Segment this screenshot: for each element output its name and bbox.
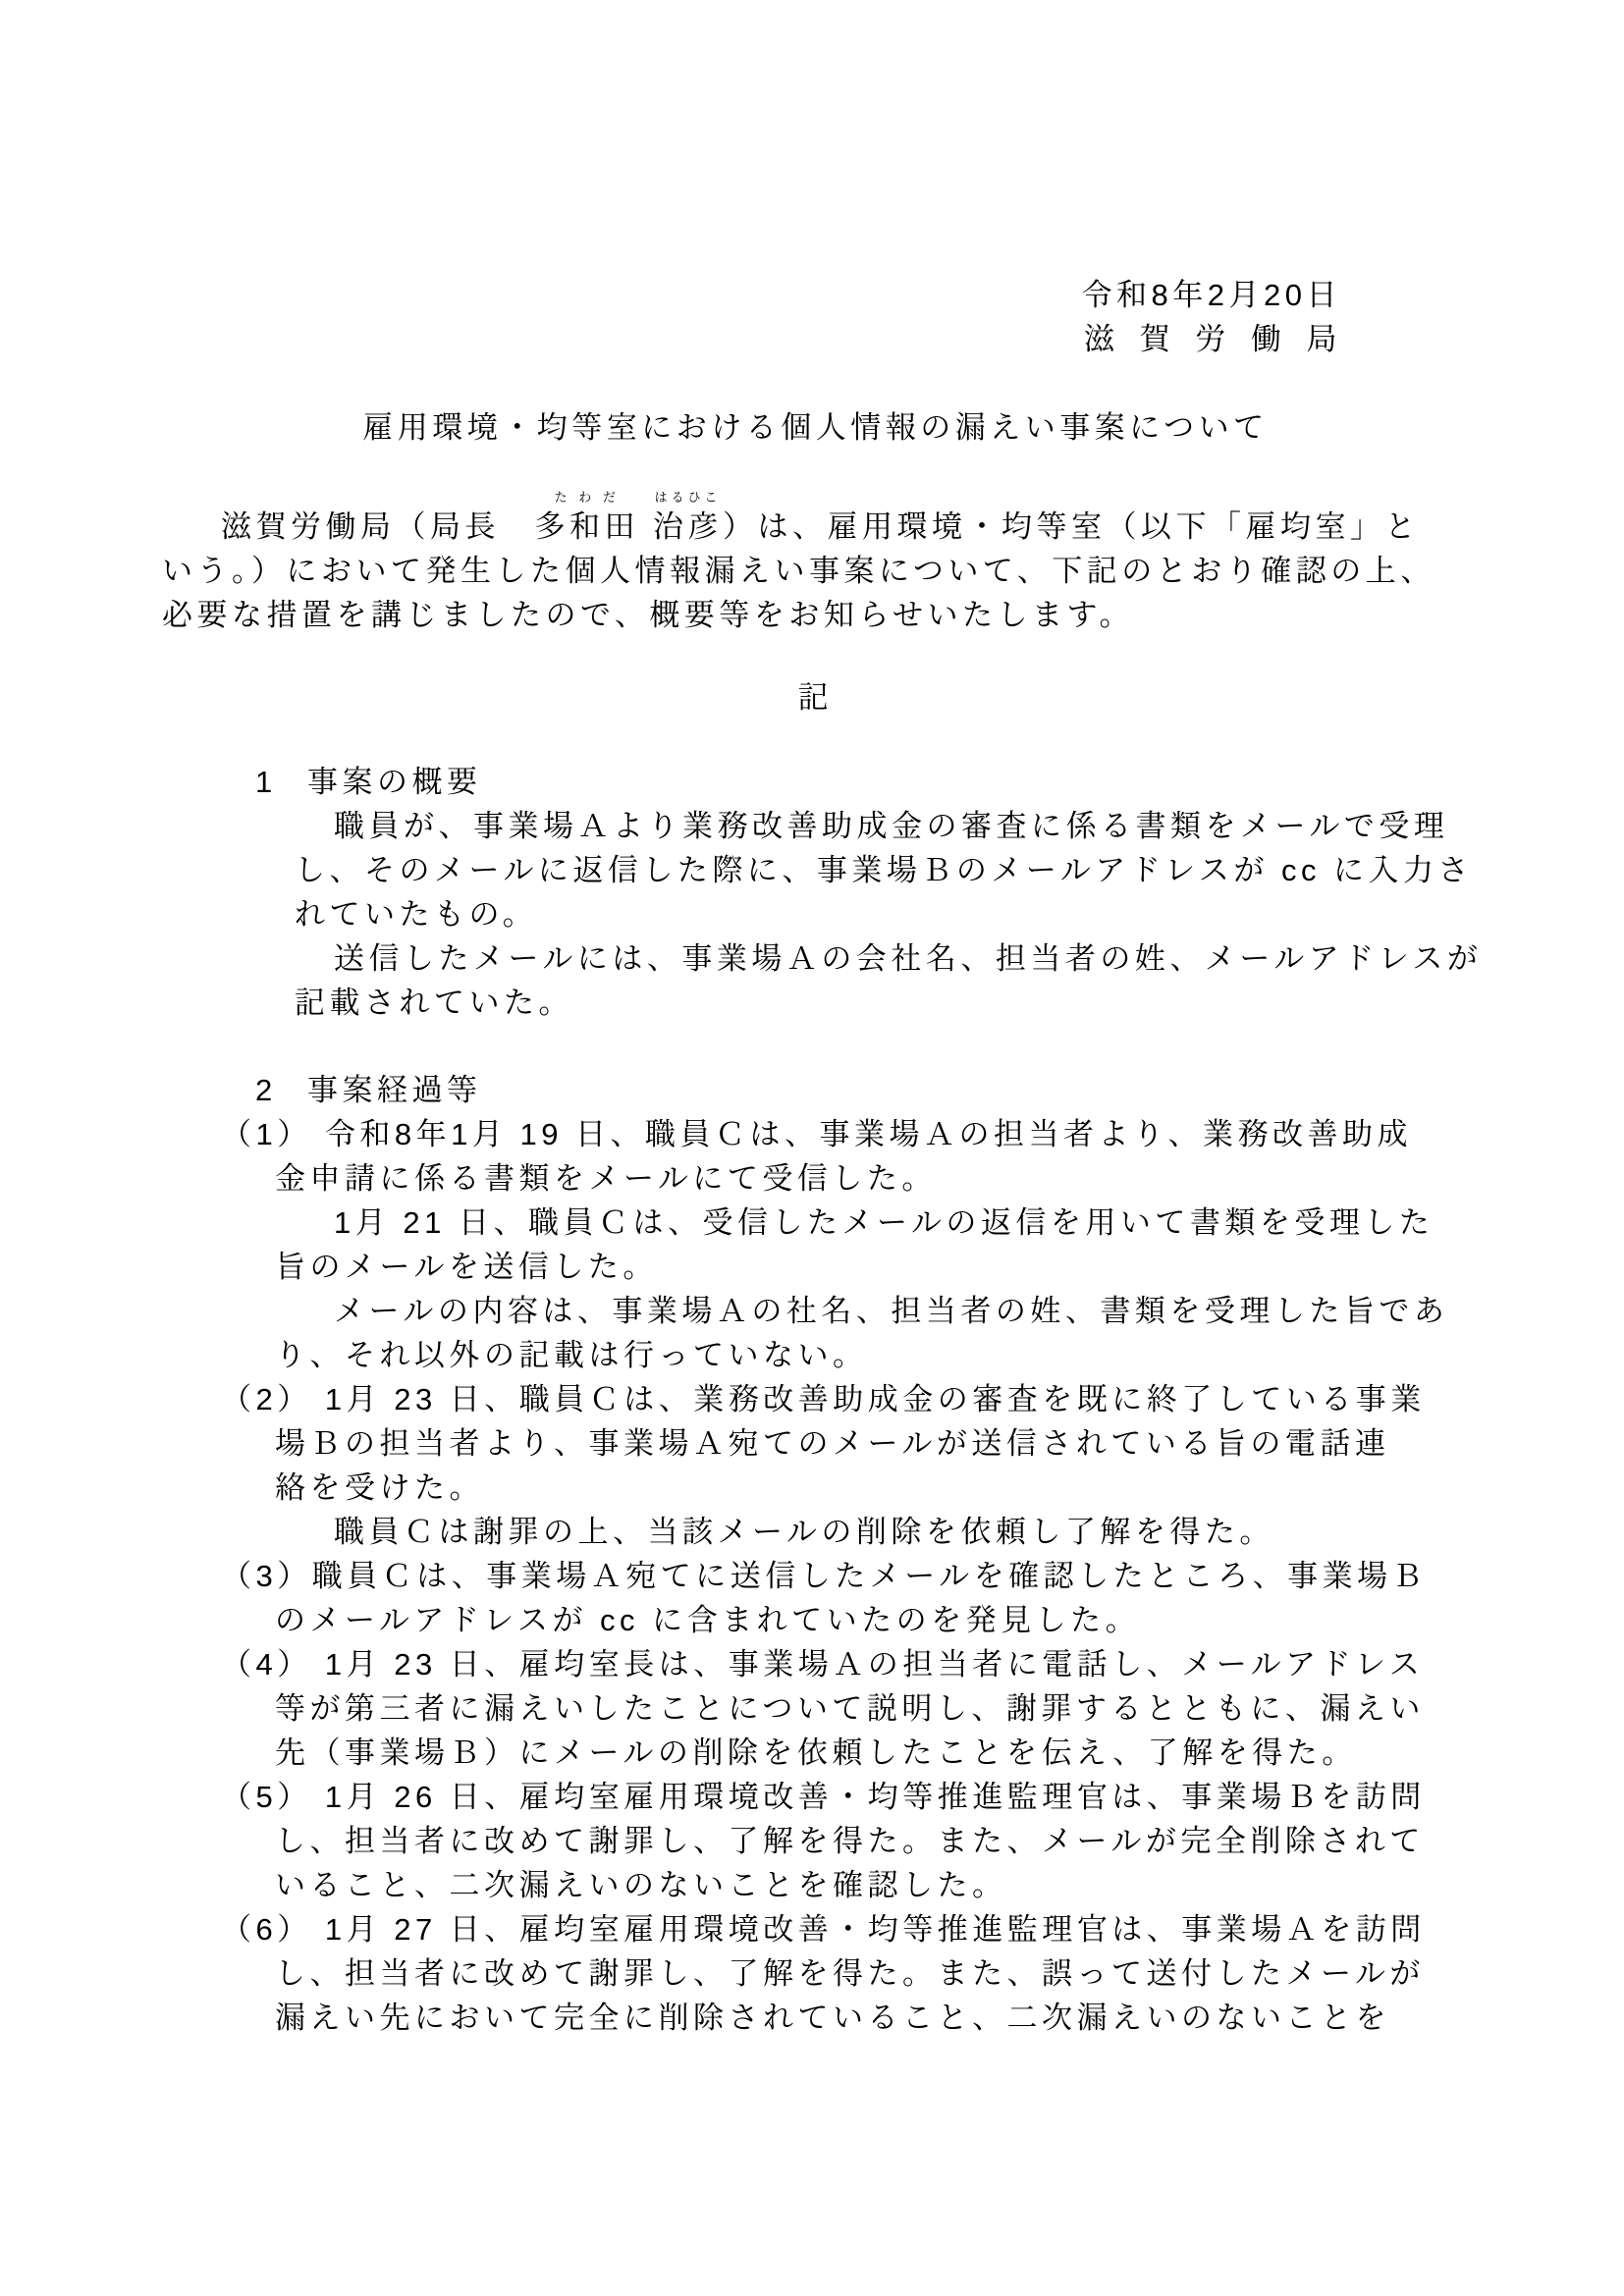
director-givenname-furigana: はるひこ	[654, 491, 721, 504]
section2-heading-label: 事案経過等	[307, 1073, 482, 1107]
section2-item-4-line: （4） 1月 23 日、雇均室長は、事業場Ａの担当者に電話し、メールアドレス	[162, 1642, 1469, 1686]
document-page: 令和8年2月20日 滋賀労働局 雇用環境・均等室における個人情報の漏えい事案につ…	[0, 0, 1624, 2296]
section2-item-1-line: 1月 21 日、職員Ｃは、受信したメールの返信を用いて書類を受理した	[162, 1201, 1469, 1245]
section1-line: 職員が、事業場Ａより業務改善助成金の審査に係る書類をメールで受理	[162, 804, 1469, 848]
section2-item-5-line: し、担当者に改めて謝罪し、了解を得た。また、メールが完全削除されて	[162, 1819, 1469, 1863]
section2-item-3-line: のメールアドレスが cc に含まれていたのを発見した。	[162, 1598, 1469, 1642]
section2-item-5-line: いること、二次漏えいのないことを確認した。	[162, 1863, 1469, 1907]
section2-body: （1） 令和8年1月 19 日、職員Ｃは、事業場Ａの担当者より、業務改善助成 金…	[162, 1112, 1469, 2040]
document-date: 令和8年2月20日	[162, 273, 1341, 317]
section2-item-3-line: （3）職員Ｃは、事業場Ａ宛てに送信したメールを確認したところ、事業場Ｂ	[162, 1554, 1469, 1598]
intro-line-2: いう。）において発生した個人情報漏えい事案について、下記のとおり確認の上、	[162, 549, 1469, 593]
intro-line-1-pre: 滋賀労働局（局長	[221, 509, 535, 544]
director-surname-text: 多和田	[535, 509, 640, 544]
section2-item-1-line: （1） 令和8年1月 19 日、職員Ｃは、事業場Ａの担当者より、業務改善助成	[162, 1112, 1469, 1156]
section1-body: 職員が、事業場Ａより業務改善助成金の審査に係る書類をメールで受理 し、そのメール…	[162, 804, 1469, 1025]
page-title: 雇用環境・均等室における個人情報の漏えい事案について	[162, 406, 1469, 450]
section2-item-6-line: し、担当者に改めて謝罪し、了解を得た。また、誤って送付したメールが	[162, 1951, 1469, 1996]
section2-item-2-line: 絡を受けた。	[162, 1466, 1469, 1510]
section2-number: 2	[255, 1068, 307, 1112]
section2-item-4-line: 等が第三者に漏えいしたことについて説明し、謝罪するとともに、漏えい	[162, 1686, 1469, 1731]
section2-heading: 2事案経過等	[162, 1068, 1469, 1112]
intro-line-1-post: ）は、雇用環境・均等室（以下「雇均室」と	[723, 509, 1420, 544]
section2-item-6-line: （6） 1月 27 日、雇均室雇用環境改善・均等推進監理官は、事業場Ａを訪問	[162, 1907, 1469, 1951]
intro-line-3: 必要な措置を講じましたので、概要等をお知らせいたします。	[162, 593, 1469, 637]
section2-item-6-line: 漏えい先において完全に削除されていること、二次漏えいのないことを	[162, 1996, 1469, 2040]
section2-item-2-line: （2） 1月 23 日、職員Ｃは、業務改善助成金の審査を既に終了している事業	[162, 1377, 1469, 1421]
section2-item-2-line: 職員Ｃは謝罪の上、当該メールの削除を依頼し了解を得た。	[162, 1510, 1469, 1554]
record-marker: 記	[162, 676, 1469, 720]
section1-line: 記載されていた。	[162, 981, 1469, 1025]
section2-item-4-line: 先（事業場Ｂ）にメールの削除を依頼したことを伝え、了解を得た。	[162, 1731, 1469, 1775]
section2-item-1-line: メールの内容は、事業場Ａの社名、担当者の姓、書類を受理した旨であ	[162, 1289, 1469, 1333]
director-surname-furigana: た わ だ	[555, 491, 620, 504]
section1-line: れていたもの。	[162, 892, 1469, 936]
director-givenname: はるひこ治彦	[653, 505, 723, 549]
section2-item-1-line: り、それ以外の記載は行っていない。	[162, 1333, 1469, 1377]
issuing-bureau: 滋賀労働局	[1084, 317, 1341, 361]
section1-heading-label: 事案の概要	[307, 765, 482, 799]
director-givenname-text: 治彦	[653, 509, 723, 544]
section1-heading: 1事案の概要	[162, 760, 1469, 804]
section1-line: し、そのメールに返信した際に、事業場Ｂのメールアドレスが cc に入力さ	[162, 848, 1469, 892]
intro-line-1: 滋賀労働局（局長 た わ だ多和田はるひこ治彦）は、雇用環境・均等室（以下「雇均…	[162, 505, 1469, 549]
section1-number: 1	[255, 760, 307, 804]
section2-item-5-line: （5） 1月 26 日、雇均室雇用環境改善・均等推進監理官は、事業場Ｂを訪問	[162, 1775, 1469, 1819]
intro-paragraph: 滋賀労働局（局長 た わ だ多和田はるひこ治彦）は、雇用環境・均等室（以下「雇均…	[162, 505, 1469, 637]
director-surname: た わ だ多和田	[535, 505, 640, 549]
section2-item-1-line: 金申請に係る書類をメールにて受信した。	[162, 1156, 1469, 1201]
section2-item-1-line: 旨のメールを送信した。	[162, 1245, 1469, 1289]
section2-item-2-line: 場Ｂの担当者より、事業場Ａ宛てのメールが送信されている旨の電話連	[162, 1421, 1469, 1466]
document-header: 令和8年2月20日 滋賀労働局	[162, 273, 1469, 361]
section1-line: 送信したメールには、事業場Ａの会社名、担当者の姓、メールアドレスが	[162, 936, 1469, 981]
